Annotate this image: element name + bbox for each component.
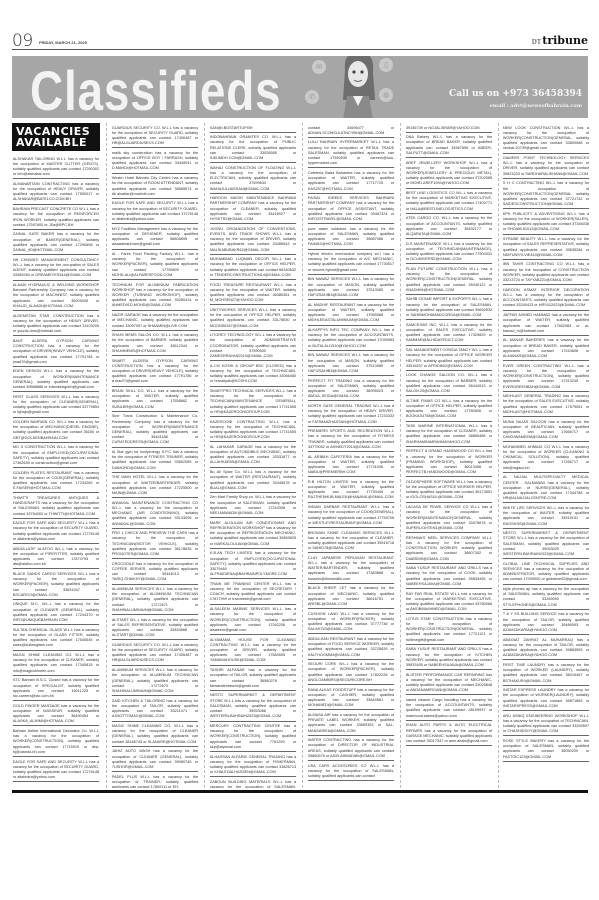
classified-ad: UNIQUE M.C. W.L.L has a vacancy for the … [13,600,99,625]
classified-ad: LOOK CHANGE SALOON CO. W.L.L has a vacan… [406,371,492,396]
classified-ad: saeed cleaner Cargo handling has a vacan… [406,695,492,720]
classified-ad: SMARTPRO TECHNICAL SERVICES W.L.L has a … [210,387,296,418]
classified-ad: D-S MAINTENANCE W.L.L has a vacancy for … [406,239,492,264]
classified-ad: FOOD TREASURE RESTAURANT W.L.L has a vac… [210,280,296,305]
classified-ad: K.B.AN TECH LIMITED has a vacancy for th… [210,549,296,580]
classified-ad: INDIAN DARBAR RESTAURANT W.L.L has a vac… [308,503,394,528]
classified-ad: EAGLE FOR SAFE AND SECURITY W.L.L has a … [13,519,99,544]
classified-ad: INDOBAHRAIN GRANITES CO. W.L.L has a vac… [210,133,296,164]
classified-ad: PREMIERS SPORTS AND RECREATION W.L.L has… [308,427,394,452]
classified-ad: CUSHION LAND W.L.L has a vacancy for the… [308,609,394,634]
classified-ad: Hybrid electro mechanical company w.l.l … [308,250,394,275]
classified-ad: ALSHAKAR TAILORING W.L.L has a vacancy f… [13,154,99,179]
classified-ad: GUARDIUS SECURITY CO. W.L.L has a vacanc… [112,640,198,665]
classified-ad: R.B HILTON LIMITED has a vacancy for the… [308,477,394,502]
classified-ad: LULU BAHRAIN HYPERMARKET W.L.L has a vac… [308,138,394,169]
column-5: 39156739 or NOJALISRAR@YAHOO.COMDNA Bake… [405,123,493,788]
classified-ad: EVER GREEN CONTRACTING W.L.L has a vacan… [503,361,589,392]
classified-ad: ANNAKAL MAINTENANCE CONTRACTING CO W.L.L… [112,498,198,529]
classified-ad: BRAIN SKILL CO. W.L.L has a vacancy for … [112,387,198,412]
page-number: 09 [12,31,33,51]
classified-ad: KAZEROONI CONTRACTING W.L.L has a vacanc… [210,417,296,442]
classified-ad: ALHASSAN ALFARID GENERAL TRADING has a v… [210,752,296,777]
classified-ad: RAY FAR REAL ESTATE W.L.L has a vacancy … [406,589,492,614]
classified-ad: PERFECT 8 GRAND HANDWOOD CO W.L.L has a … [406,447,492,478]
classified-ad: SABA YUSUF RESTAURANT AND GRILLS has a v… [406,645,492,670]
classified-columns: VACANCIES AVAILABLE ALSHAKAR TAILORING W… [12,123,588,788]
classified-ad: TECHNIUM FOR ALUMINIUM FABRICATION WORKS… [112,280,198,311]
classified-ad: BAHRAIN PRECAST CONCRETE CO W.L.L has a … [13,205,99,230]
column-divider [204,123,205,788]
classified-ad: SHAHI MEMS SALON CO. W.L.L has a vacancy… [112,331,198,356]
classified-ad: Sine Trans Construction & Maintenance Co… [112,412,198,448]
classified-ad: AL MANAR BAKERIES has a vacancy for the … [503,336,589,361]
page-header: 09 FRIDAY, MARCH 21, 2025 DTtribune [12,34,588,50]
classified-ad: ALMASA AIR has a vacancy for the occupat… [308,710,394,735]
classified-ad: ALSALEEM MARINE SERVICES W.L.L has a vac… [210,605,296,636]
classified-ad: RESHMA'S NEEL SERVICES COMPANY W.L.L has… [406,533,492,564]
classified-ad: ALYAMAMA HOUSE FOR CLEANING CONTRACTING … [210,635,296,666]
mobile-icon: ▯ [379,58,393,72]
classified-ad: GUARDIUS SECURITY CO. W.L.L has a vacanc… [112,123,198,148]
classified-ad: STC Bahrain B.S.C. Closed has a vacancy … [13,676,99,701]
classified-ad: GLOBAL LINE TECHNICAL SUPPLIES AND SERVI… [503,559,589,584]
classified-ad: 39156739 or NOJALISRAR@YAHOO.COM [406,123,492,133]
classified-ad: CLAY JAPANESE PERUVIAN RESTAURANT W.L.L … [308,553,394,584]
column-3: SAN@I.BOSTARTUP.BHINDOBAHRAIN GRANITES C… [209,123,297,788]
classified-ad: INSTAR EXPRESS LAUNDRY has a vacancy for… [503,686,589,711]
classified-ad: PERFECT FIT TRADING has a vacancy for th… [308,376,394,401]
classified-ad: KPK PUBLICITY & ADVERTISING W.L.L has a … [503,209,589,234]
classified-ad: RANA ALKAS FOODSTUFF has a vacancy for t… [308,685,394,710]
classified-ad: A.J.M KOSHI & GROUP BSC (CLOSED) has a v… [210,361,296,386]
classified-ad: ABDULHAN RESTAURANT has a vacancy for th… [308,634,394,659]
classified-ad: MIDHLAST GENERAL TRADING has a vacancy f… [503,392,589,417]
classified-ad: AL LAHAKAR GARAGE has a vacancy for the … [210,442,296,467]
classified-ad: SYRUBE BEAUTY W.L.L has a vacancy for th… [503,235,589,260]
classified-ad: MUNA NAJAS SALOON has a vacancy for the … [503,417,589,442]
support-woman-illustration [337,56,379,118]
classified-ad: BROWAN SHINE CLEANING SERVICES W.L.L has… [308,528,394,553]
column-6: NEW LOOK CONSTRUCTION W.L.L has a vacanc… [502,123,590,788]
classified-ad: Bahrain Airline International Decorator … [13,726,99,757]
phone-icon: ✆ [305,90,319,104]
classified-ad: GAMERS POINT TECHNOLOGY SERVICES W.L.L h… [503,154,589,179]
classified-ad: NORTH GATE GENERAL TRADING W.L.L has a v… [308,401,394,426]
classified-ad: ALSTART W.L.L has a vacancy for the occu… [112,615,198,640]
classified-ad: BLISTER PERFORMANCE CAR REPAIRING has a … [406,670,492,695]
classifieds-banner: Classifieds ✉ ✆ ▯ ◍ Call us on +973 3645… [12,56,588,118]
classified-ad: Cafeteria Baba Bahamba has a vacancy for… [308,168,394,193]
classified-ad: GOLD FINGER MASSAGE has a vacancy for th… [13,701,99,726]
column-divider [498,123,499,788]
advert-email: email : advt@newsofbahrain.com [490,103,582,109]
classified-ad: TASHRI ALFANAR has a vacancy for the occ… [210,666,296,691]
classified-ad: EAGLE FOR SAFE AND SECURITY W.L.L has a … [112,199,198,224]
column-1: VACANCIES AVAILABLE ALSHAKAR TAILORING W… [12,123,100,788]
column-4: contact 34696477 or ADNAN.SCONSULATNCYBH… [307,123,395,788]
column-2: GUARDIUS SECURITY CO. W.L.L has a vacanc… [111,123,199,788]
masthead-name: tribune [542,34,588,47]
classified-ad: MUHAMMAD LUQMAN DECOR W.L.L has a vacanc… [210,255,296,280]
classified-ad: pure water coldstore has a vacancy for t… [308,224,394,249]
ad-list: GUARDIUS SECURITY CO. W.L.L has a vacanc… [111,123,199,788]
classified-ad: HAROON MASIH MAINTENANCE BAHRAINI PARTNE… [210,194,296,225]
classified-ad: SAMCESAR INC. W.L.L has a vacancy for th… [406,320,492,345]
classified-ad: GOLDEN PLATES RESTAURANT has a vacancy f… [13,468,99,493]
classified-ad: NEW LOOK CONSTRUCTION W.L.L has a vacanc… [503,123,589,154]
page-bottom-rule [12,790,588,793]
classified-ad: ALUMINIUM SERVICES W.L.L has a vacancy f… [112,585,198,616]
classified-ad: SABA YUSUF RESTAURANT AND GRILLS has a v… [406,564,492,589]
classified-ad: USA CARS ACCESORIES CO W.L.L has a vacan… [308,761,394,781]
publication-date: FRIDAY, MARCH 21, 2025 [39,40,87,45]
classified-ad: BIN NAWAZ SERVICES W.L.L has a vacancy f… [308,351,394,376]
classified-ad: BANT ALDERA GYPSON CARVING CONSTRUCTION … [13,336,99,367]
classified-ad: Westin Hotel Bahrain City Centre has a v… [112,174,198,199]
classified-ad: FIRST TIME LAUNDRY has a vacancy for the… [503,660,589,685]
globe-icon: ◍ [379,88,393,102]
classified-ad: SMART ALDERA GYPSON CARVING CONSTRUCTION… [112,356,198,387]
classified-ad: JUGNU ORGANIZATION OF CONVENTIONS, EVENT… [210,224,296,255]
classified-ad: MAGIC SHINE CLEANING CO. W.L.L has a vac… [112,722,198,747]
classified-ad: OLDOSPHERE SOFTWARE W.L.L has a vacancy … [406,477,492,502]
classified-ad: SAN@I.BOSTARTUP.BH [210,123,296,133]
classified-ad: PRO 1 CHECK AND PREVIEW THE CARS has a v… [112,529,198,560]
classified-ad: FAISAL IDREES SERVICES BAHRAINI PARTNERS… [308,194,394,225]
classified-ad: ZAID KITCHEN & TAILORING has a vacancy f… [112,696,198,721]
classified-ad: PLAN FUTURE CONSTRUCTION W.L.L has a vac… [406,264,492,295]
classified-ad: BEST LINE LOGISTICS CO W.L.L has a vacan… [406,189,492,214]
ad-list: NEW LOOK CONSTRUCTION W.L.L has a vacanc… [502,123,590,762]
classified-ad: TASK MARINE INTERNATIONAL W.L.L has a va… [406,422,492,447]
classified-ad: ZABOUN BUILDING MATERIALS W.L.L has a va… [210,777,296,788]
classified-ad: Al - Fares Food Packing Factory W.L.L. h… [112,250,198,281]
classified-ad: Bu Ali Spice Co. W.L.L has a vacancy for… [210,468,296,493]
classified-ad: MG S CONSTRUCTION W.L.L has a vacancy fo… [13,443,99,468]
classified-ad: HAROON ASMAT INTERIOR DECORATION W.L.L h… [503,285,589,310]
classified-ad: AL NAJJAL MULTISPECIALTY MEDICAL CENTER … [503,473,589,504]
classified-ad: ROSE STYLE BAKERY has a vacancy for the … [503,736,589,761]
classified-ad: SAHIB CESAR IMPORT & EXPORTS W.L.L has a… [406,295,492,320]
column-divider [106,123,107,788]
ad-list: 39156739 or NOJALISRAR@YAHOO.COMDNA Bake… [405,123,493,746]
classified-ad: NESTO SUPERMARKET & DEPARTMENT STORE W.L… [210,691,296,722]
classified-ad: AREF JEWELLERY WORKSHOP W.L.L has a vaca… [406,158,492,189]
classified-ad: WATER CONTRACTING has a vacancy for the … [308,736,394,761]
classified-ad: KHAN AUTO PARTS & AUTO ELECTRICAL REPAIR… [406,721,492,746]
masthead-prefix: DT [532,39,542,46]
classified-ad: style phones ap has a vacancy for the oc… [503,585,589,610]
classified-ad: DNA Bakery W.L.L has a vacancy for the o… [406,133,492,158]
classified-ad: ALTIME FIMAS CO W.L.L has a vacancy for … [406,396,492,421]
classified-ad: NN CHUWATI MANAGEMENT CONSULTANCY W.L.L … [13,255,99,280]
classified-ad: THE MAIN HOTEL W.L.L has a vacancy for t… [112,473,198,498]
classified-ad: BLACK SANDS CARGO SERVICES W.L.L has a v… [13,569,99,600]
classified-ad: Al Star gym for bodyenergy S.P.C has a v… [112,448,198,473]
classified-ad: NESTO SUPERMARKET & DEPARTMENT STORE W.L… [503,529,589,560]
classified-ad: AL ARIBAH CAFETERIA has a vacancy for th… [308,452,394,477]
classified-ad: MERCURY CONTRACTING CENTRE has a vacancy… [210,722,296,753]
classified-ad: ALDEMSTAN STAR CONSTRUCTION has a vacanc… [13,311,99,336]
classified-ad: JAFFAR AHMED HAMMAD has a vacancy for th… [503,311,589,336]
classified-ad: WAHAJ CONSTRUCTION OF FLOATING W.L.L has… [210,163,296,194]
classified-ad: ABAYAAT ZAHRAT AL MUHARRAQ has a vacancy… [503,635,589,660]
classified-ad: SULTAN CHEMICAL GLASS W.L.L has a vacanc… [13,625,99,650]
classified-ad: NAZIR GARAGE has a vacancy for the occup… [112,311,198,331]
classified-ad: LITGREY TECHNOLOGY W.L.L has a vacancy f… [210,331,296,362]
banner-title: Classifieds [30,58,281,118]
classified-ad: ZAINAL GATE BAKER has a vacancy for the … [13,230,99,255]
classified-ad: ALAADI HYDRAULIC & WELDING WORKSHOP Bahr… [13,281,99,312]
heading-line-2: AVAILABLE [16,137,96,148]
classified-ad: WHITE LIFE SERVICES W.L.L has a vacancy … [503,503,589,528]
classified-ad: ATEK CARGO CO. W.L.L has a vacancy for t… [406,214,492,239]
classified-ad: MOHAMMED AHMADI CO W.L.L has a vacancy f… [503,442,589,473]
classified-ad: ALMANARTAIN CONTRACTING has a vacancy fo… [13,179,99,204]
classified-ad: EAGLE FOR SAFE AND SECURITY W.L.L has a … [13,757,99,782]
classified-ad: LACASA DE PEARL SERVICE CO W.L.L has a v… [406,503,492,534]
classified-ad: T & Y SS BUILDING SERVICE has a vacancy … [503,610,589,635]
classified-ad: ABDULLATIF ALAFOO W.L.L has a vacancy fo… [13,544,99,569]
ad-list: SAN@I.BOSTARTUP.BHINDOBAHRAIN GRANITES C… [209,123,297,788]
classified-ad: GOLDEN BAHRAIN CO. W.L.L has a vacancy f… [13,418,99,443]
classified-ad: CROCODILE has a vacancy for the occupati… [112,559,198,584]
classified-ad: MAGIC SHINE CLEANING CO. W.L.L has a vac… [13,651,99,676]
ad-list: ALSHAKAR TAILORING W.L.L has a vacancy f… [12,154,100,782]
classified-ad: malik sky construction has a vacancy for… [112,148,198,173]
classified-ad: contact 34696477 or ADNAN.SCONSULATNCYBH… [308,123,394,138]
classified-ad: BIN NAWAZ SERVICES W.L.L has a vacancy f… [308,275,394,300]
classified-ad: ARU ASNIQ ENGINEERING WORKSHOP W.L.L has… [503,711,589,736]
classified-ad: LOTUS STAR CONSTRUCTION has a vacancy fo… [406,614,492,645]
ad-list: contact 34696477 or ADNAN.SCONSULATNCYBH… [307,123,395,781]
classified-ad: Zen Mart Family Shop co. W.L.L has a vac… [210,493,296,518]
classified-ad: TRAIN ME TRAINING CENTER W.L.L has a vac… [210,579,296,604]
classified-ad: SAL MANAGEMENT CONSULTANCY W.L.L has a v… [406,346,492,371]
classified-ad: ALUMINIUM SERVICES W.L.L has a vacancy f… [112,666,198,697]
classified-ad: ALKAPPYS INFO TEC COMPANY W.L.L has a va… [308,326,394,351]
call-us-phone: Call us on +973 36458394 [449,89,582,99]
vacancies-available-heading: VACANCIES AVAILABLE [12,123,100,151]
column-divider [302,123,303,788]
column-divider [400,123,401,788]
classified-ad: MYZ Facilities Management has a vacancy … [112,224,198,249]
classified-ad: S H C CONTRACTING W.L.L has a vacancy fo… [503,179,589,210]
masthead-logo: DTtribune [532,34,588,47]
classified-ad: PADEL PLUS W.L.L has a vacancy for the o… [112,772,198,788]
classified-ad: FIRST CLASS SERVICES W.L.L has a vacancy… [13,392,99,417]
classified-ad: THWITTI TREASURES ANTIQUES & HANDICRAFTS… [13,493,99,518]
classified-ad: EDEN DESIGN W.L.L has a vacancy for the … [13,367,99,392]
mail-icon: ✉ [312,60,326,74]
classified-ad: IBN TAHIR CONTRACTING CO W.L.L has a vac… [503,260,589,285]
classified-ad: AL MADHIF RESTAURANT has a vacancy for t… [308,300,394,325]
classified-ad: UNITYWORKS SERVICES W.L.L has a vacancy … [210,305,296,330]
classified-ad: MARK ALOULAM AIR CONDITIONING AND REFRIG… [210,518,296,549]
classified-ad: SEOURI CORE W.L.L has a vacancy for the … [308,660,394,685]
classified-ad: BLACK SHEEP LET has a vacancy for the oc… [308,584,394,609]
classified-ad: JAHIZ AUTO WASH has a vacancy for the oc… [112,747,198,772]
